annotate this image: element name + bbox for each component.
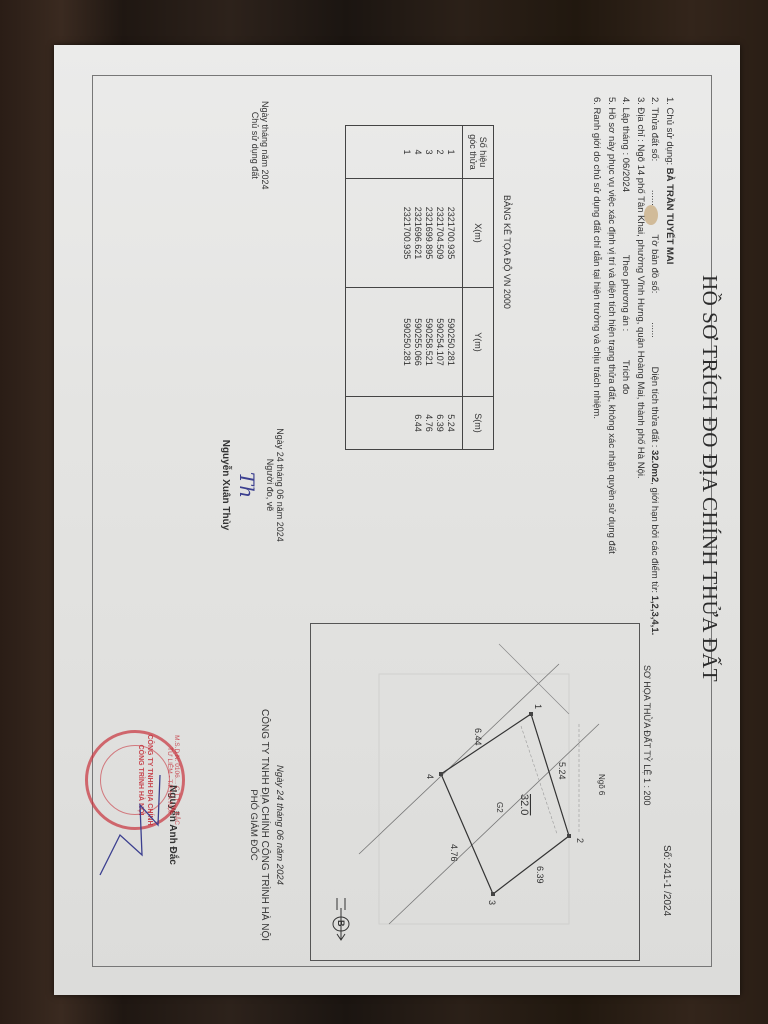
parcel-row: 2. Thửa đất số: ...... Tờ bản đồ số: ...… [647,97,662,635]
coord-table: Số hiệu góc thửa X(m) Y(m) S(m) 12341 23… [345,125,494,450]
company-date: Ngày 24 tháng 06 năm 2024 [274,685,285,965]
parcel-sketch-svg: 12 34 5.246.39 4.766.44 32.0 G2 Ngõ 6 B [311,624,639,960]
address-value: Ngõ 14 phố Tân Khai, phường Vĩnh Hưng, q… [635,145,646,479]
sketch-title: SƠ HỌA THỬA ĐẤT TỶ LỆ 1 : 200 [642,665,652,805]
svg-text:32.0: 32.0 [518,794,530,815]
surveyor-signature: Th [235,385,259,585]
cell-x: 2321700.935 [445,185,456,281]
cell-point: 1 [401,132,412,172]
document-number: Số: 241-1 /2024 [661,845,672,916]
surveyor-role: Người đo, vẽ [265,385,275,585]
cell-x: 2321700.935 [401,185,412,281]
svg-text:B: B [336,920,346,927]
svg-text:5.24: 5.24 [557,762,567,780]
company-role: PHÓ GIÁM ĐỐC [248,685,259,965]
made-row: 4. Lập tháng : 06/2024 Theo phương án : … [618,97,633,635]
col-header-s: S(m) [463,397,494,450]
note-6: 6. Ranh giới do chủ sử dụng đất chỉ dẫn … [589,97,604,635]
cell-s: 4.76 [423,403,434,443]
director-signature [90,765,180,885]
owner-value: BÀ TRẦN TUYẾT MAI [664,168,675,265]
point-column: 12341 [346,126,463,179]
svg-text:Ngõ 6: Ngõ 6 [597,774,606,796]
method-label: Theo phương án : [621,255,632,332]
parcel-info: 1. Chủ sử dụng: BÀ TRẦN TUYẾT MAI 2. Thử… [589,97,676,635]
parcel-label: 2. Thửa đất số: [650,97,661,161]
method-value: Trích đo [621,360,632,395]
cell-x: 2321696.621 [412,185,423,281]
owner-date: Ngày tháng năm 2024 [260,101,270,190]
cell-s [401,403,412,443]
area-points: 1,2,3,4,1. [650,596,661,636]
table-row: 12341 2321700.9352321704.5092321699.8952… [346,126,463,450]
made-value: 06/2024 [621,158,632,192]
parcel-value: ...... [650,190,661,206]
cell-y: 590258.521 [423,294,434,390]
svg-text:6.44: 6.44 [473,728,483,746]
cell-x: 2321699.895 [423,185,434,281]
cell-point: 2 [434,132,445,172]
area-label: Diện tích thửa đất : [650,367,661,448]
document-title: HỒ SƠ TRÍCH ĐO ĐỊA CHÍNH THỬA ĐẤT [697,275,722,682]
map-sheet-label: Tờ bản đồ số: [650,234,661,293]
s-column: 5.246.394.766.44 [346,397,463,450]
svg-text:4: 4 [425,774,435,779]
svg-text:3: 3 [487,900,497,905]
y-column: 590250.281590254.107590258.521590255.066… [346,288,463,397]
cell-y: 590254.107 [434,294,445,390]
owner-label: 1. Chủ sử dụng: [664,97,675,165]
cell-y: 590250.281 [401,294,412,390]
area-suffix: , giới hạn bởi các điểm từ: [650,482,661,593]
map-sheet-value: ...... [650,322,661,338]
cell-point: 1 [445,132,456,172]
surveyor-name: Nguyễn Xuân Thủy [220,385,231,585]
svg-text:6.39: 6.39 [535,866,545,884]
x-column: 2321700.9352321704.5092321699.8952321696… [346,179,463,288]
col-header-x: X(m) [463,179,494,288]
cell-point: 3 [423,132,434,172]
col-header-point: Số hiệu góc thửa [463,126,494,179]
note-5: 5. Hồ sơ này phục vụ việc xác định vị tr… [604,97,619,635]
svg-text:2: 2 [575,838,585,843]
cell-y: 590250.281 [445,294,456,390]
svg-text:G2: G2 [495,802,504,813]
cell-s: 5.24 [445,403,456,443]
company-signature-block: Ngày 24 tháng 06 năm 2024 CÔNG TY TNHH Đ… [167,685,285,965]
owner-role: Chủ sử dụng đất [250,101,260,190]
company-name: CÔNG TY TNHH ĐỊA CHÍNH CÔNG TRÌNH HÀ NỘI [259,685,270,965]
cell-x: 2321704.509 [434,185,445,281]
cell-s: 6.44 [412,403,423,443]
address-label: 3. Địa chỉ : [635,97,646,142]
coord-table-title: BẢNG KÊ TỌA ĐỘ VN 2000 [502,195,512,309]
document-paper: HỒ SƠ TRÍCH ĐO ĐỊA CHÍNH THỬA ĐẤT 1. Chủ… [54,45,740,995]
owner-row: 1. Chủ sử dụng: BÀ TRẦN TUYẾT MAI [662,97,677,635]
document-page: HỒ SƠ TRÍCH ĐO ĐỊA CHÍNH THỬA ĐẤT 1. Chủ… [54,45,740,995]
col-header-y: Y(m) [463,288,494,397]
cell-s: 6.39 [434,403,445,443]
area-value: 32.0m2 [650,450,661,482]
owner-signature-block: Ngày tháng năm 2024 Chủ sử dụng đất [250,101,270,190]
surveyor-signature-block: Ngày 24 tháng 06 năm 2024 Người đo, vẽ T… [220,385,285,585]
cell-y: 590255.066 [412,294,423,390]
cell-point: 4 [412,132,423,172]
svg-text:4.76: 4.76 [449,844,459,862]
made-label: 4. Lập tháng : [621,97,632,155]
parcel-sketch: 12 34 5.246.39 4.766.44 32.0 G2 Ngõ 6 B [310,623,640,961]
address-row: 3. Địa chỉ : Ngõ 14 phố Tân Khai, phường… [633,97,648,635]
svg-text:1: 1 [533,704,543,709]
surveyor-date: Ngày 24 tháng 06 năm 2024 [275,385,285,585]
